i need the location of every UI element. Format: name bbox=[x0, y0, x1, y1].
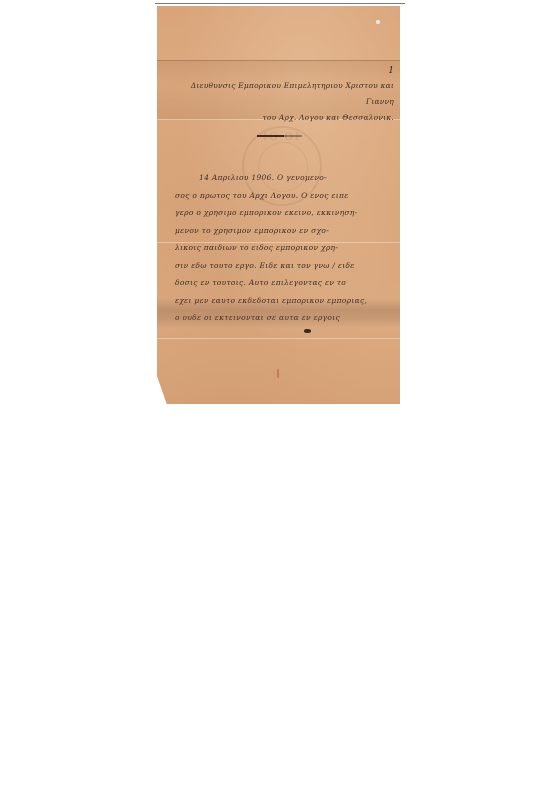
paper-hole bbox=[376, 20, 380, 24]
top-border-line bbox=[155, 3, 405, 4]
heading-line: Διευθυνσις Εμπορικου Επιμελητηριου Χριστ… bbox=[179, 78, 394, 110]
body-line: σος ο πρωτος του Αρχι Λογου. Ο ενος ειπε bbox=[175, 187, 397, 205]
document-heading: Διευθυνσις Εμπορικου Επιμελητηριου Χριστ… bbox=[179, 78, 394, 126]
body-line: γερο ο χρησιμο εμπορικον εκεινο, εκκινησ… bbox=[175, 204, 397, 222]
fold-line bbox=[157, 338, 400, 339]
body-line: 14 Απριλιου 1906. Ο γενομενο- bbox=[175, 169, 397, 187]
rust-mark bbox=[277, 369, 279, 378]
body-line: μενον το χρησιμον εμπορικον εν σχο- bbox=[175, 222, 397, 240]
body-line: σιν εδω τουτο εργο. Ειδε και τον γνω / ε… bbox=[175, 257, 397, 275]
page-number: 1 bbox=[388, 66, 394, 76]
ink-blot bbox=[304, 329, 311, 333]
document-page: ΙΟ ΟΙ 1 Διευθυνσις Εμπορικου Επιμελητηρι… bbox=[157, 6, 400, 404]
heading-line: του Αρχ. Λογου και Θεσσαλονικ. bbox=[179, 110, 394, 126]
separator-rule bbox=[257, 135, 302, 137]
water-stain bbox=[157, 298, 400, 328]
body-line: δοσις εν τουτοις. Αυτο επιλεγοντας εν το bbox=[175, 274, 397, 292]
body-line: λικοις παιδιων το ειδος εμπορικον χρη- bbox=[175, 239, 397, 257]
